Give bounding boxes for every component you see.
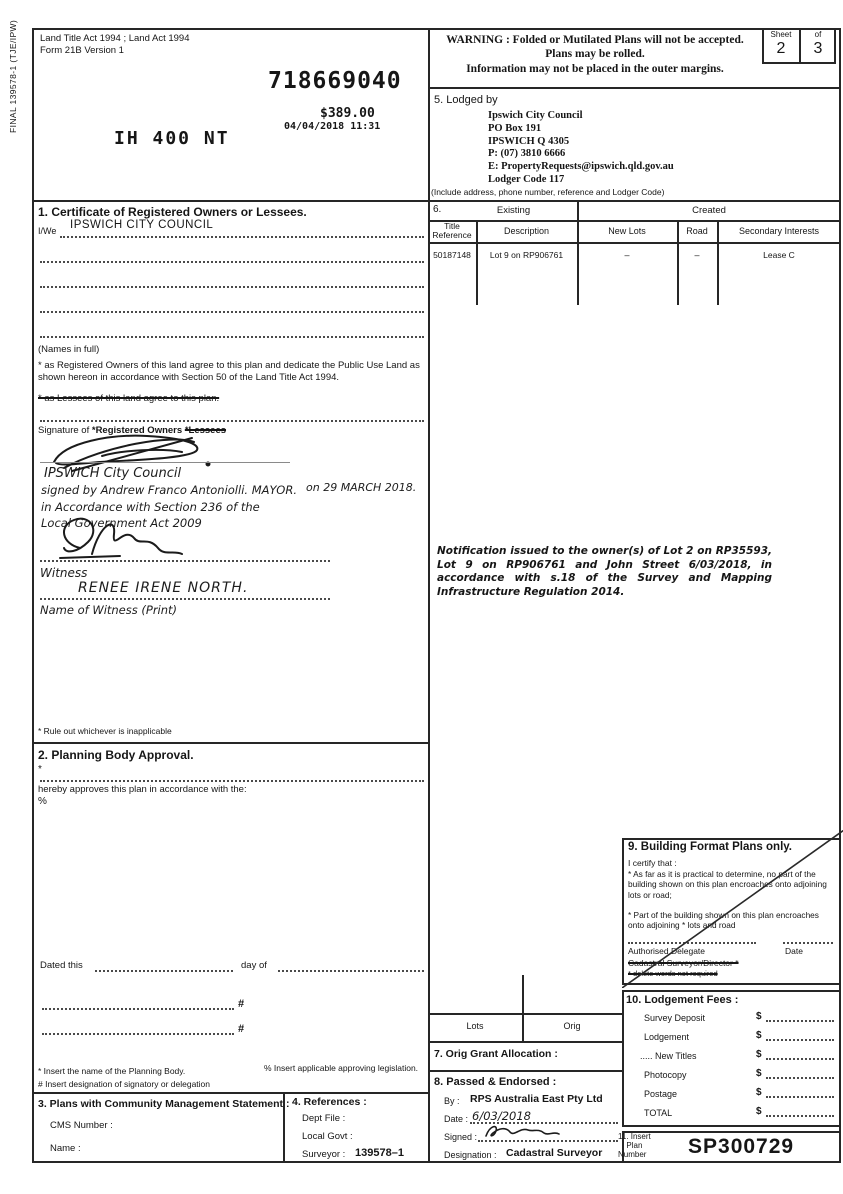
fee-currency: $ bbox=[756, 1049, 762, 1060]
handwritten-signed-by: signed by Andrew Franco Antoniolli. MAYO… bbox=[41, 483, 297, 497]
signed-label: Signed : bbox=[444, 1132, 477, 1142]
certify-label: I certify that : bbox=[628, 858, 677, 868]
struck-cadastral-surveyor: Cadastral Surveyor/Director * bbox=[628, 958, 739, 968]
sheet-of-label: of bbox=[801, 30, 835, 39]
lodged-by-hint: (Include address, phone number, referenc… bbox=[431, 187, 664, 197]
dealing-number-stamp: 718669040 bbox=[268, 68, 402, 94]
lodger-code: Lodger Code 117 bbox=[488, 174, 674, 187]
table-line bbox=[428, 242, 841, 244]
names-hint: (Names in full) bbox=[38, 344, 99, 355]
footnote-planning-body: * Insert the name of the Planning Body. bbox=[38, 1066, 185, 1076]
fee-currency: $ bbox=[756, 1030, 762, 1041]
lots-orig-divider bbox=[522, 975, 524, 1041]
designation-value: Cadastral Surveyor bbox=[506, 1147, 602, 1159]
lodger-name: Ipswich City Council bbox=[488, 110, 674, 123]
owners-clause: * as Registered Owners of this land agre… bbox=[38, 360, 426, 385]
surveyor-label: Surveyor : bbox=[302, 1149, 345, 1160]
notification-text: Notification issued to the owner(s) of L… bbox=[437, 545, 772, 600]
cell-description: Lot 9 on RP906761 bbox=[476, 250, 577, 260]
section2-bottom-border bbox=[32, 1092, 428, 1094]
fill-line bbox=[40, 336, 424, 338]
iwe-label: I/We bbox=[38, 226, 56, 236]
scanned-form-page: FINAL 139578-1 (TJE/IPW) Land Title Act … bbox=[0, 0, 843, 1194]
signed-line bbox=[478, 1140, 618, 1142]
certificate-title: 1. Certificate of Registered Owners or L… bbox=[38, 205, 307, 219]
authorised-date-line bbox=[783, 942, 833, 944]
margin-vertical-text: FINAL 139578-1 (TJE/IPW) bbox=[8, 20, 18, 133]
acts-line: Land Title Act 1994 ; Land Act 1994 bbox=[40, 33, 189, 44]
by-label: By : bbox=[444, 1096, 460, 1106]
handwritten-signer-org: IPSWICH City Council bbox=[44, 466, 181, 481]
existing-header: Existing bbox=[450, 205, 577, 216]
dated-day-line bbox=[95, 970, 233, 972]
lodgement-fees-title: 10. Lodgement Fees : bbox=[626, 994, 738, 1006]
planning-percent: % bbox=[38, 796, 47, 807]
column-divider bbox=[428, 28, 430, 1163]
witness-print-hint: Name of Witness (Print) bbox=[40, 603, 177, 617]
fee-label: Postage bbox=[644, 1089, 677, 1099]
fill-line bbox=[40, 420, 424, 422]
owner-name-entry: IPSWICH CITY COUNCIL bbox=[70, 219, 213, 231]
fee-label: Survey Deposit bbox=[644, 1013, 705, 1023]
witness-label: Witness bbox=[40, 566, 87, 580]
day-of-label: day of bbox=[241, 960, 267, 971]
warning-line2: Plans may be rolled. bbox=[430, 47, 760, 61]
dept-file-label: Dept File : bbox=[302, 1113, 345, 1124]
fee-amount-line bbox=[766, 1058, 834, 1060]
footnote-legislation: % Insert applicable approving legislatio… bbox=[264, 1063, 418, 1073]
fee-amount-line bbox=[766, 1039, 834, 1041]
dated-this-label: Dated this bbox=[40, 960, 83, 971]
fee-amount-line bbox=[766, 1096, 834, 1098]
hash-mark-2: # bbox=[238, 1023, 244, 1035]
fee-amount-stamp: $389.00 bbox=[320, 106, 375, 121]
table-line bbox=[428, 220, 841, 222]
approves-text: hereby approves this plan in accordance … bbox=[38, 784, 247, 795]
fee-label: TOTAL bbox=[644, 1108, 672, 1118]
warning-line1: WARNING : Folded or Mutilated Plans will… bbox=[430, 33, 760, 47]
col-title-reference: Title Reference bbox=[428, 222, 476, 241]
signatory-line1 bbox=[42, 1008, 234, 1010]
plan-number-label3: Number bbox=[618, 1151, 651, 1160]
cell-secondary-interests: Lease C bbox=[717, 250, 841, 260]
lessees-clause-struck: * as Lessees of this land agree to this … bbox=[38, 393, 219, 404]
fee-label: Lodgement bbox=[644, 1032, 689, 1042]
lots-orig-bottom-border bbox=[428, 1041, 622, 1043]
witness-sign-line bbox=[40, 560, 330, 562]
dated-month-line bbox=[278, 970, 424, 972]
signatory-line2 bbox=[42, 1033, 234, 1035]
handwritten-sign-date: on 29 MARCH 2018. bbox=[306, 481, 416, 494]
office-code-stamp: IH 400 NT bbox=[114, 128, 230, 149]
rule-out-note: * Rule out whichever is inapplicable bbox=[38, 726, 172, 736]
designation-label: Designation : bbox=[444, 1150, 497, 1160]
signature-underline bbox=[40, 462, 290, 463]
col-description: Description bbox=[476, 226, 577, 236]
planning-asterisk: * bbox=[38, 764, 42, 775]
fill-line bbox=[40, 311, 424, 313]
sheet-label: Sheet bbox=[763, 30, 799, 39]
fill-line bbox=[40, 286, 424, 288]
fee-currency: $ bbox=[756, 1011, 762, 1022]
cms-name-label: Name : bbox=[50, 1143, 81, 1154]
hash-mark-1: # bbox=[238, 998, 244, 1010]
col-new-lots: New Lots bbox=[577, 226, 677, 236]
plan-number-value: SP300729 bbox=[688, 1135, 794, 1159]
datetime-stamp: 04/04/2018 11:31 bbox=[284, 121, 380, 132]
col-secondary-interests: Secondary Interests bbox=[717, 226, 841, 236]
certify-clause1: * As far as it is practical to determine… bbox=[628, 869, 834, 900]
fee-currency: $ bbox=[756, 1106, 762, 1117]
sheet-number: 2 bbox=[763, 40, 799, 58]
authorised-date-label: Date bbox=[785, 946, 803, 956]
lodger-phone: P: (07) 3810 6666 bbox=[488, 148, 674, 161]
cms-title: 3. Plans with Community Management State… bbox=[38, 1098, 289, 1110]
fee-amount-line bbox=[766, 1077, 834, 1079]
orig-header: Orig bbox=[522, 1021, 622, 1031]
authorised-sign-line bbox=[628, 942, 756, 944]
planning-title: 2. Planning Body Approval. bbox=[38, 748, 194, 762]
lots-orig-top-border bbox=[428, 1013, 622, 1015]
form-version-line: Form 21B Version 1 bbox=[40, 45, 124, 56]
fill-line bbox=[60, 236, 424, 238]
endorsed-date-label: Date : bbox=[444, 1114, 468, 1124]
passed-endorsed-title: 8. Passed & Endorsed : bbox=[434, 1076, 556, 1088]
authorised-delegate-label: Authorised Delegate bbox=[628, 946, 705, 956]
sheet-total: 3 bbox=[801, 40, 835, 58]
by-value: RPS Australia East Pty Ltd bbox=[470, 1093, 603, 1105]
footnote-designation: # Insert designation of signatory or del… bbox=[38, 1079, 210, 1089]
references-title: 4. References : bbox=[292, 1096, 367, 1108]
cell-new-lots: – bbox=[577, 250, 677, 260]
witness-name-line bbox=[40, 598, 330, 600]
surveyor-signature bbox=[482, 1121, 562, 1141]
fill-line bbox=[40, 261, 424, 263]
lodger-address1: PO Box 191 bbox=[488, 123, 674, 136]
warning-line3: Information may not be placed in the out… bbox=[430, 62, 760, 76]
lots-header: Lots bbox=[428, 1021, 522, 1031]
fee-amount-line bbox=[766, 1115, 834, 1117]
fee-label: Photocopy bbox=[644, 1070, 687, 1080]
planning-body-line bbox=[40, 780, 424, 782]
certify-clause2: * Part of the building shown on this pla… bbox=[628, 910, 834, 931]
table-section-number: 6. bbox=[433, 204, 441, 215]
fee-amount-line bbox=[766, 1020, 834, 1022]
surveyor-reference-value: 139578–1 bbox=[355, 1147, 404, 1159]
created-header: Created bbox=[577, 205, 841, 216]
lodged-by-label: 5. Lodged by bbox=[434, 94, 498, 106]
col-road: Road bbox=[677, 226, 717, 236]
local-govt-label: Local Govt : bbox=[302, 1131, 353, 1142]
lodger-email: E: PropertyRequests@ipswich.qld.gov.au bbox=[488, 161, 674, 174]
section1-bottom-border bbox=[32, 742, 428, 744]
section7-bottom-border bbox=[428, 1070, 622, 1072]
lodger-address2: IPSWICH Q 4305 bbox=[488, 136, 674, 149]
warning-bottom-border bbox=[428, 87, 841, 89]
fee-currency: $ bbox=[756, 1068, 762, 1079]
struck-delete-words: * delete words not required bbox=[628, 969, 718, 978]
orig-grant-title: 7. Orig Grant Allocation : bbox=[434, 1048, 558, 1060]
cms-number-label: CMS Number : bbox=[50, 1120, 113, 1131]
cell-road: – bbox=[677, 250, 717, 260]
fee-currency: $ bbox=[756, 1087, 762, 1098]
cell-title-reference: 50187148 bbox=[428, 250, 476, 260]
fee-label: ..... New Titles bbox=[640, 1051, 697, 1061]
header-bottom-border bbox=[32, 200, 841, 202]
building-format-title: 9. Building Format Plans only. bbox=[628, 841, 792, 853]
witness-name-entry: RENEE IRENE NORTH. bbox=[78, 580, 248, 596]
